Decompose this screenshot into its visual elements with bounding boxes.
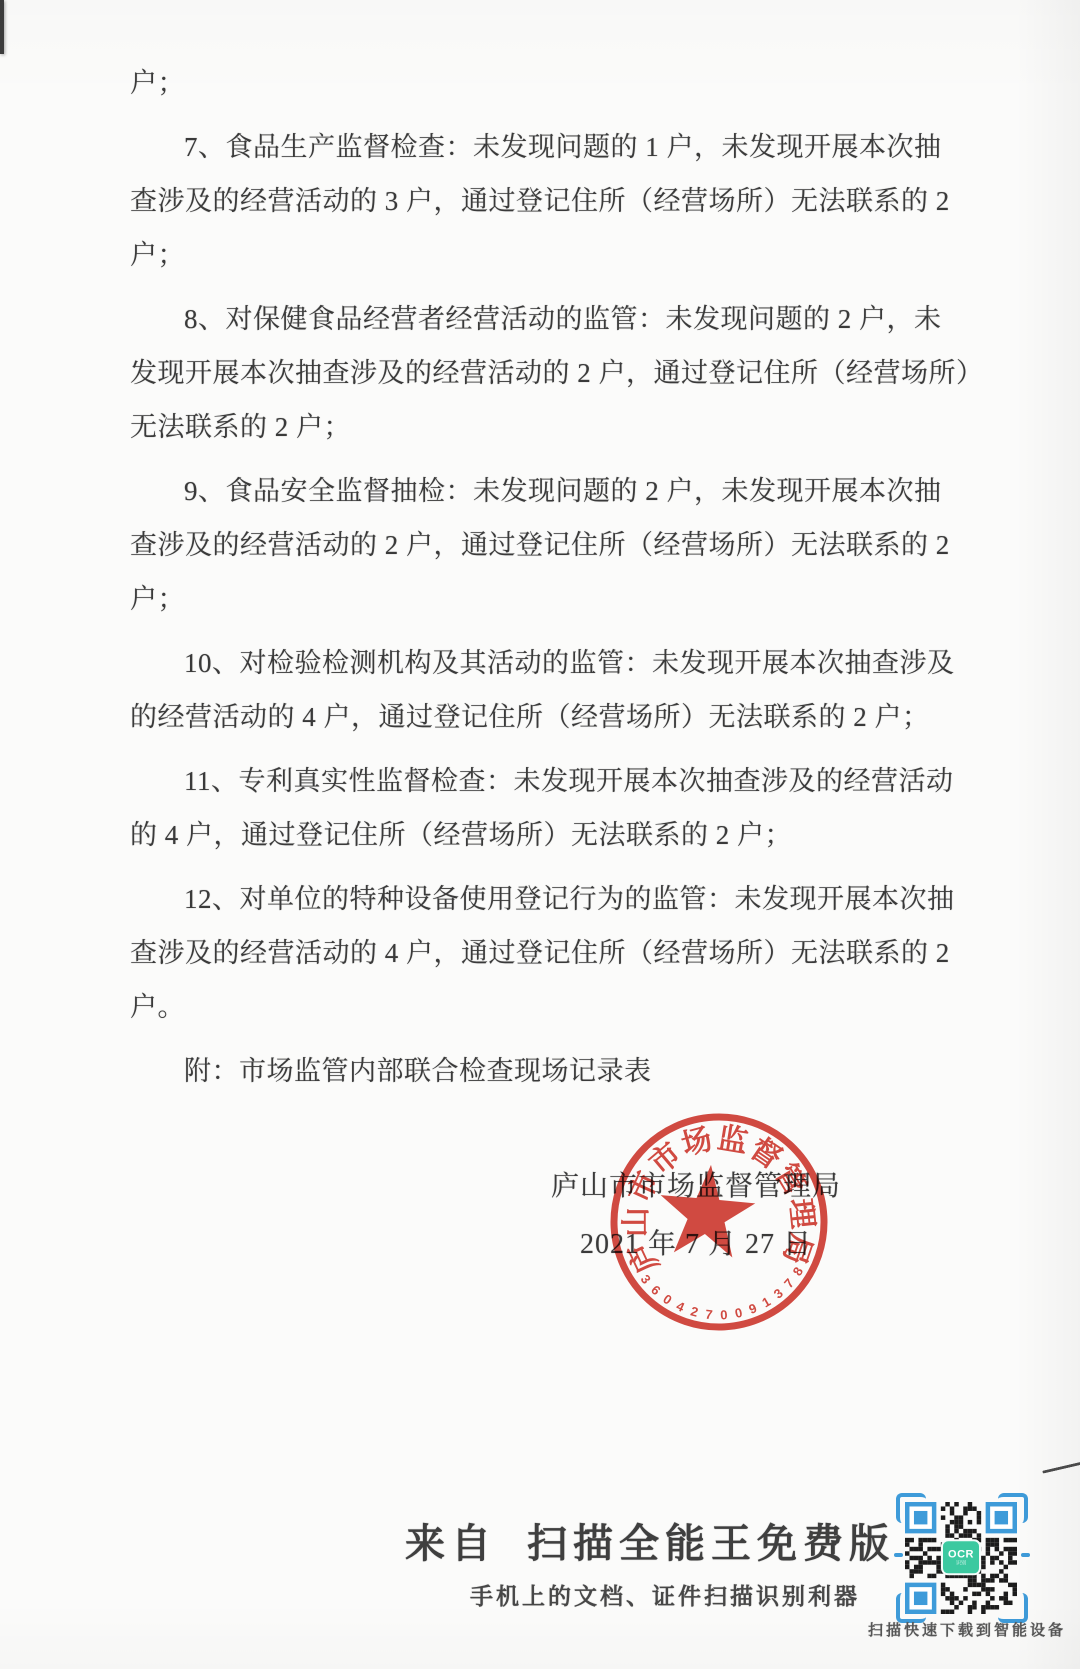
seal-serial-number: 3604270091378 xyxy=(637,1264,808,1327)
qr-edge-dash xyxy=(1021,1553,1030,1557)
footer-brand-line: 来自扫描全能王免费版 xyxy=(405,1512,895,1569)
paragraph: 10、对检验检测机构及其活动的监管：未发现开展本次抽查涉及的经营活动的 4 户，… xyxy=(130,636,920,744)
qr-corner-bracket xyxy=(896,1493,926,1523)
ocr-badge: OCR 识别 xyxy=(941,1539,981,1575)
text-line: 的 4 户，通过登记住所（经营场所）无法联系的 2 户； xyxy=(130,808,920,862)
official-seal-stamp: 庐山市市场监督管理局 3604270091378 xyxy=(593,1096,845,1348)
scanned-document-page: 户；7、食品生产监督检查：未发现问题的 1 户，未发现开展本次抽查涉及的经营活动… xyxy=(0,0,1080,1669)
seal-star-icon xyxy=(659,1163,758,1261)
paragraph: 11、专利真实性监督检查：未发现开展本次抽查涉及的经营活动的 4 户，通过登记住… xyxy=(130,754,920,862)
paragraph: 户； xyxy=(130,56,920,110)
text-line: 户。 xyxy=(130,980,920,1034)
svg-text:局: 局 xyxy=(777,1229,818,1268)
text-line: 发现开展本次抽查涉及的经营活动的 2 户，通过登记住所（经营场所） xyxy=(130,346,920,400)
svg-text:理: 理 xyxy=(783,1197,819,1230)
text-line: 无法联系的 2 户； xyxy=(130,400,920,454)
svg-text:3: 3 xyxy=(771,1285,786,1301)
svg-text:9: 9 xyxy=(747,1300,759,1317)
paragraph: 8、对保健食品经营者经营活动的监管：未发现问题的 2 户，未发现开展本次抽查涉及… xyxy=(130,292,920,454)
text-line: 11、专利真实性监督检查：未发现开展本次抽查涉及的经营活动 xyxy=(130,754,920,808)
scan-edge-artifact xyxy=(0,0,4,54)
paragraph: 12、对单位的特种设备使用登记行为的监管：未发现开展本次抽查涉及的经营活动的 4… xyxy=(130,872,920,1034)
svg-text:1: 1 xyxy=(759,1294,773,1311)
text-line: 户； xyxy=(130,56,920,110)
text-line: 9、食品安全监督抽检：未发现问题的 2 户，未发现开展本次抽 xyxy=(130,464,920,518)
qr-corner-bracket xyxy=(998,1493,1028,1523)
text-line: 查涉及的经营活动的 3 户，通过登记住所（经营场所）无法联系的 2 xyxy=(130,174,920,228)
svg-text:山: 山 xyxy=(620,1207,653,1237)
footer-tagline: 手机上的文档、证件扫描识别利器 xyxy=(470,1578,860,1611)
brand-name: 扫描全能王免费版 xyxy=(527,1521,895,1566)
text-line: 的经营活动的 4 户，通过登记住所（经营场所）无法联系的 2 户； xyxy=(130,690,920,744)
text-line: 户； xyxy=(130,228,920,282)
svg-text:0: 0 xyxy=(660,1291,674,1307)
svg-text:7: 7 xyxy=(781,1276,797,1291)
svg-text:2: 2 xyxy=(689,1303,700,1319)
qr-code: OCR 识别 xyxy=(898,1497,1024,1619)
document-body: 户；7、食品生产监督检查：未发现问题的 1 户，未发现开展本次抽查涉及的经营活动… xyxy=(130,56,920,1108)
text-line: 查涉及的经营活动的 4 户，通过登记住所（经营场所）无法联系的 2 xyxy=(130,926,920,980)
svg-text:0: 0 xyxy=(720,1307,728,1322)
text-line: 查涉及的经营活动的 2 户，通过登记住所（经营场所）无法联系的 2 xyxy=(130,518,920,572)
text-line: 7、食品生产监督检查：未发现问题的 1 户，未发现开展本次抽 xyxy=(130,120,920,174)
brand-prefix: 来自 xyxy=(405,1521,497,1566)
text-line: 12、对单位的特种设备使用登记行为的监管：未发现开展本次抽 xyxy=(130,872,920,926)
ocr-badge-sub: 识别 xyxy=(956,1560,966,1566)
qr-caption: 扫描快速下载到智能设备 xyxy=(868,1619,1066,1640)
text-line: 户； xyxy=(130,572,920,626)
text-line: 10、对检验检测机构及其活动的监管：未发现开展本次抽查涉及 xyxy=(130,636,920,690)
paragraph: 附：市场监管内部联合检查现场记录表 xyxy=(130,1044,920,1098)
svg-text:场: 场 xyxy=(678,1122,716,1162)
svg-text:7: 7 xyxy=(705,1307,714,1323)
paragraph: 7、食品生产监督检查：未发现问题的 1 户，未发现开展本次抽查涉及的经营活动的 … xyxy=(130,120,920,282)
scan-line-artifact xyxy=(1042,1461,1080,1473)
svg-text:监: 监 xyxy=(715,1122,750,1159)
qr-edge-dash xyxy=(894,1553,903,1557)
svg-text:0: 0 xyxy=(733,1305,743,1321)
text-line: 8、对保健食品经营者经营活动的监管：未发现问题的 2 户，未 xyxy=(130,292,920,346)
svg-text:6: 6 xyxy=(648,1282,663,1298)
ocr-badge-label: OCR xyxy=(948,1548,974,1560)
paragraph: 9、食品安全监督抽检：未发现问题的 2 户，未发现开展本次抽查涉及的经营活动的 … xyxy=(130,464,920,626)
svg-text:4: 4 xyxy=(674,1298,688,1315)
text-line: 附：市场监管内部联合检查现场记录表 xyxy=(130,1044,920,1098)
